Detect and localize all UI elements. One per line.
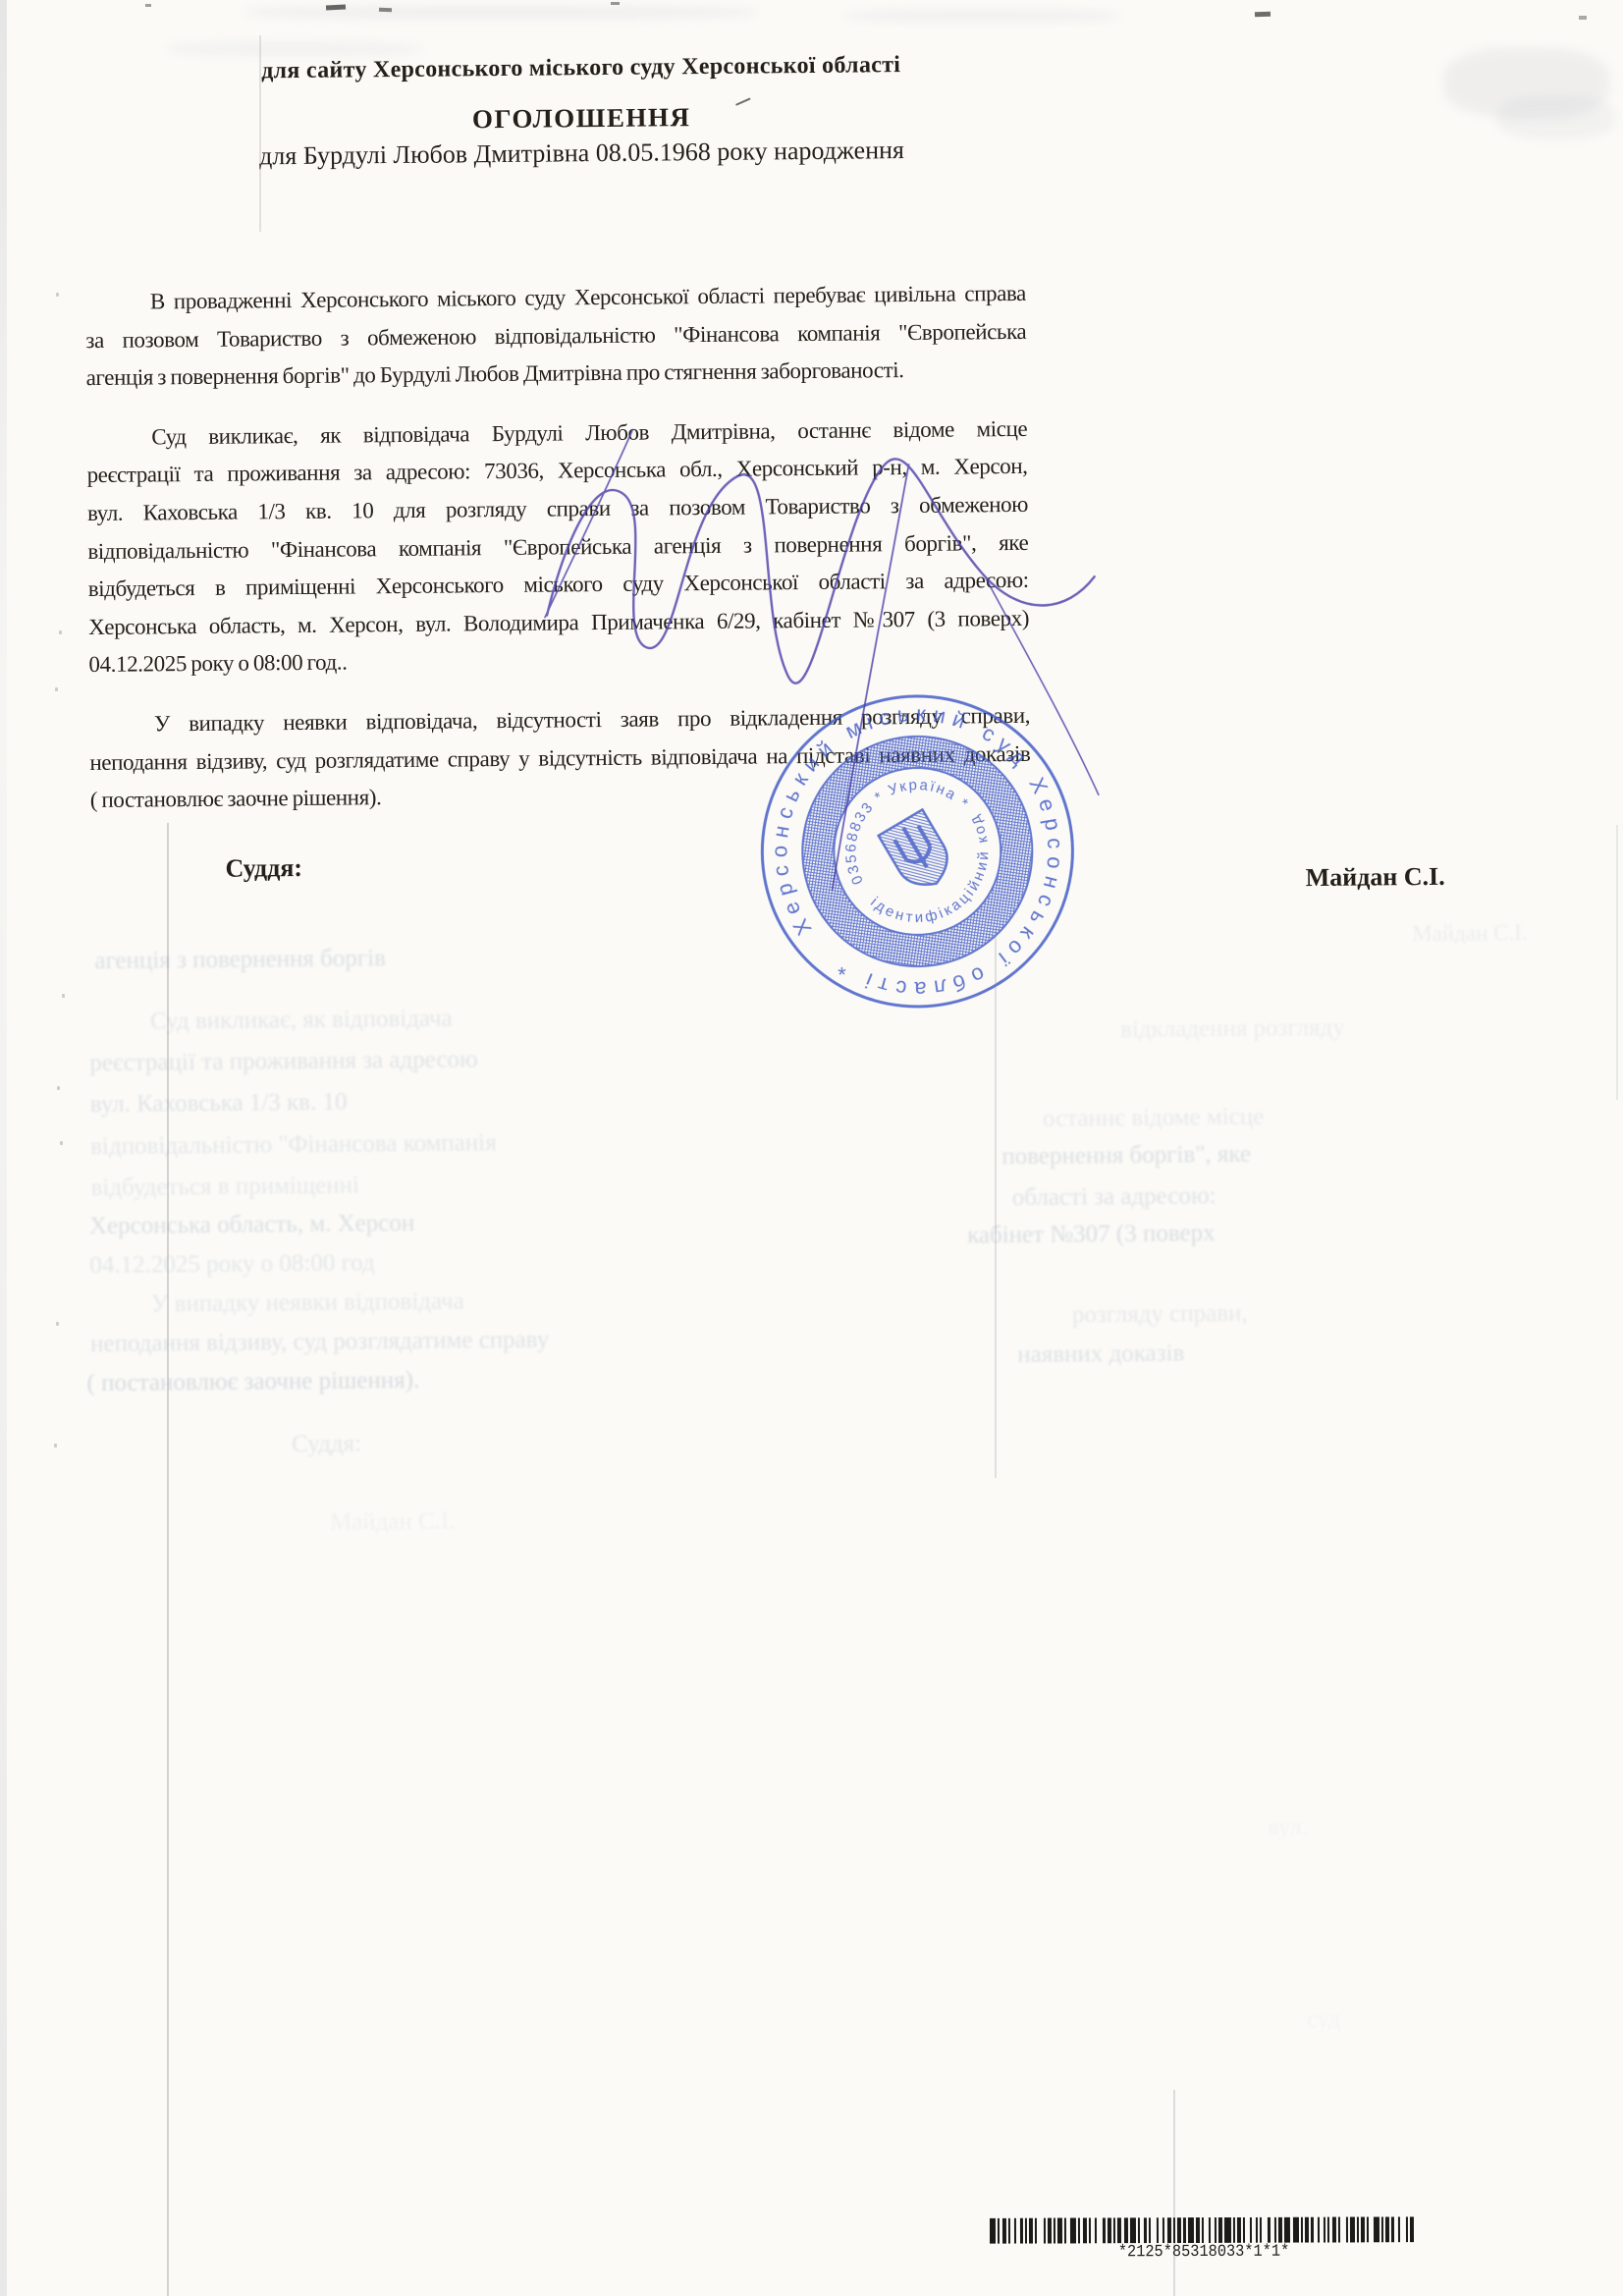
bleed-through-line: агенція з повернення боргів — [94, 945, 386, 975]
scan-artifact — [167, 823, 169, 2296]
bleed-through-line: наявних доказів — [1017, 1339, 1184, 1369]
bleed-through-line: відповідальністю "Фінансова компанія — [90, 1129, 497, 1161]
bleed-through-line: Суд викликає, як відповідача — [150, 1006, 453, 1036]
bleed-through-line: суд — [1307, 2006, 1341, 2034]
scan-artifact — [611, 2, 620, 5]
bleed-through-line: Суддя: — [292, 1430, 361, 1458]
document-title: ОГОЛОШЕННЯ — [85, 98, 1077, 138]
bleed-through-line: Майдан С.І. — [330, 1508, 456, 1537]
barcode: *2125*85318033*1*1* — [990, 2216, 1418, 2263]
bleed-through-line: області за адресою: — [1012, 1182, 1217, 1212]
scan-artifact — [1497, 96, 1615, 139]
scan-artifact — [54, 1444, 57, 1448]
scan-artifact — [245, 6, 756, 19]
scan-artifact — [1173, 2090, 1175, 2296]
scan-artifact — [844, 10, 1119, 22]
bleed-through-line: відкладення розгляду — [1120, 1014, 1345, 1044]
scan-artifact — [1579, 16, 1587, 20]
scan-artifact — [59, 630, 62, 634]
bleed-through-line: У випадку неявки відповідача — [151, 1287, 464, 1318]
trident-emblem-icon — [879, 809, 958, 896]
scan-artifact — [0, 0, 7, 2296]
page-content: для сайту Херсонського міського суду Хер… — [0, 0, 1623, 2296]
bleed-through-line: вул. — [1268, 1814, 1308, 1841]
body-line: агенція з повернення боргів" до Бурдулі … — [86, 351, 1027, 398]
scan-artifact — [167, 41, 422, 57]
scan-artifact — [995, 928, 997, 1478]
bleed-through-line: реєстрації та проживання за адресою — [89, 1046, 478, 1077]
bleed-through-line: відбудеться в приміщенні — [90, 1172, 359, 1202]
bleed-through-line: неподання відзиву, суд розглядатиме спра… — [90, 1327, 549, 1358]
scan-artifact — [145, 4, 151, 7]
bleed-through-line: 04.12.2025 року о 08:00 год — [89, 1249, 375, 1280]
bleed-through-line: Майдан С.І. — [1412, 920, 1528, 947]
judge-name: Майдан С.І. — [1305, 862, 1444, 893]
paragraph: В провадженні Херсонського міського суду… — [85, 275, 1027, 398]
scan-artifact — [55, 687, 58, 691]
barcode-text: *2125*85318033*1*1* — [1011, 2242, 1396, 2262]
scan-artifact — [60, 1141, 63, 1145]
bleed-through-line: Херсонська область, м. Херсон — [89, 1210, 415, 1240]
document-subtitle: для Бурдулі Любов Дмитрівна 08.05.1968 р… — [85, 134, 1077, 173]
bleed-through-line: останнє відоме місце — [1043, 1104, 1265, 1133]
bleed-through-line: розгляду справи, — [1072, 1300, 1248, 1330]
scan-artifact — [1616, 825, 1618, 1100]
judge-label: Суддя: — [225, 853, 302, 884]
scan-artifact — [62, 994, 65, 998]
bleed-through-line: повернення боргів", яке — [1001, 1141, 1251, 1171]
scan-artifact — [1255, 12, 1271, 18]
scan-artifact — [259, 35, 261, 232]
scanned-court-document: { "colors": { "ink": "#241f18", "stamp":… — [0, 0, 1623, 2296]
scan-artifact — [57, 1086, 60, 1090]
barcode-bars — [990, 2216, 1418, 2244]
bleed-through-line: вул. Каховська 1/3 кв. 10 — [90, 1089, 348, 1120]
scan-artifact — [56, 293, 59, 297]
paragraph: Суд викликає, як відповідача Бурдулі Люб… — [86, 410, 1030, 684]
bleed-through-line: кабінет №307 (3 поверх — [967, 1220, 1216, 1249]
bleed-through-line: ( постановлює заочне рішення). — [86, 1367, 419, 1397]
scan-artifact — [56, 1322, 59, 1326]
